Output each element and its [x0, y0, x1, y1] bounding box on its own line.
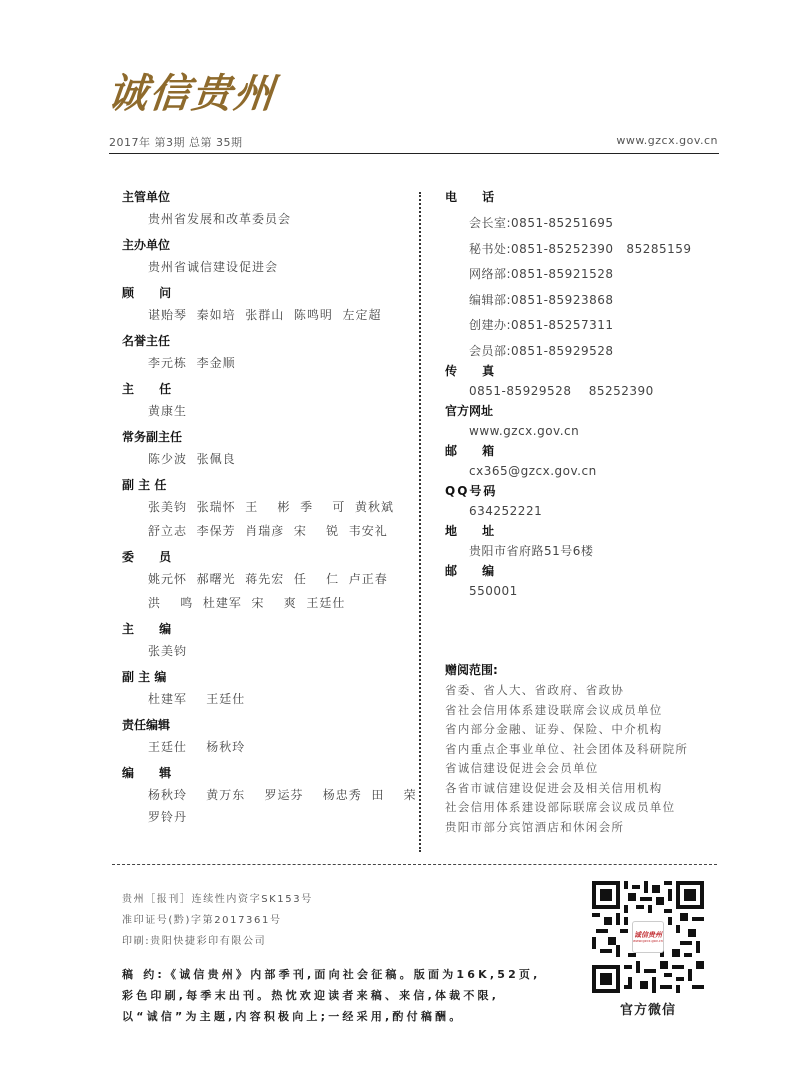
distribution-item: 省内重点企事业单位、社会团体及科研院所 — [445, 740, 715, 760]
section-value: 王廷仕 杨秋玲 — [122, 738, 402, 756]
section-label: 主 编 — [122, 620, 402, 642]
contact-field-qq: QQ号码 634252221 — [445, 482, 725, 522]
masthead-section: 顾 问 谌贻琴 秦如培 张群山 陈鸣明 左定超 — [122, 284, 402, 324]
section-label: 责任编辑 — [122, 716, 402, 738]
masthead-section: 名誉主任 李元栋 李金顺 — [122, 332, 402, 372]
column-divider — [419, 192, 421, 852]
magazine-logo: 诚信贵州 — [105, 62, 279, 119]
phone-number: 网络部:0851-85921528 — [445, 265, 725, 291]
masthead-section: 主管单位 贵州省发展和改革委员会 — [122, 188, 402, 228]
qr-center-logo: 诚信贵州 www.gzcx.gov.cn — [632, 921, 664, 953]
section-value: 杜建军 王廷仕 — [122, 690, 402, 708]
qr-label: 官方微信 — [592, 999, 704, 1018]
field-label: QQ号码 — [445, 482, 725, 502]
section-value: 罗铃丹 — [122, 808, 402, 826]
field-value: 0851-85929528 85252390 — [445, 382, 725, 402]
section-label: 编 辑 — [122, 764, 402, 786]
field-label: 地 址 — [445, 522, 725, 542]
section-value: 贵州省诚信建设促进会 — [122, 258, 402, 276]
masthead-left: 主管单位 贵州省发展和改革委员会 主办单位 贵州省诚信建设促进会 顾 问 谌贻琴… — [122, 188, 402, 834]
website-url[interactable]: www.gzcx.gov.cn — [616, 134, 718, 147]
section-label: 名誉主任 — [122, 332, 402, 354]
section-label: 主 任 — [122, 380, 402, 402]
field-value: 贵阳市省府路51号6楼 — [445, 542, 725, 562]
phone-number: 会员部:0851-85929528 — [445, 342, 725, 362]
masthead-section: 副 主 编 杜建军 王廷仕 — [122, 668, 402, 708]
contact-field-website: 官方网址 www.gzcx.gov.cn — [445, 402, 725, 442]
section-value: 杨秋玲 黄万东 罗运芬 杨忠秀 田 荣 — [122, 786, 402, 804]
qr-code[interactable]: 诚信贵州 www.gzcx.gov.cn — [592, 881, 704, 993]
publication-info: 贵州［报刊］连续性内资字SK153号 准印证号(黔)字第2017361号 印刷:… — [122, 889, 313, 952]
printer: 印刷:贵阳快捷彩印有限公司 — [122, 931, 313, 952]
email-link[interactable]: cx365@gzcx.gov.cn — [445, 462, 725, 482]
website-link[interactable]: www.gzcx.gov.cn — [445, 422, 725, 442]
distribution-title: 赠阅范围: — [445, 661, 715, 679]
section-label: 顾 问 — [122, 284, 402, 306]
issue-info: 2017年 第3期 总第 35期 — [109, 134, 242, 150]
distribution-item: 贵阳市部分宾馆酒店和休闲会所 — [445, 818, 715, 838]
field-value: 634252221 — [445, 502, 725, 522]
contact-field-address: 地 址 贵阳市省府路51号6楼 — [445, 522, 725, 562]
contact-info: 电 话 会长室:0851-85251695 秘书处:0851-85252390 … — [445, 188, 725, 602]
section-value: 李元栋 李金顺 — [122, 354, 402, 372]
section-value: 陈少波 张佩良 — [122, 450, 402, 468]
contact-field-postcode: 邮 编 550001 — [445, 562, 725, 602]
field-value: 550001 — [445, 582, 725, 602]
phone-number: 秘书处:0851-85252390 85285159 — [445, 240, 725, 266]
phone-label: 电 话 — [445, 188, 725, 214]
section-label: 常务副主任 — [122, 428, 402, 450]
qr-logo-text: 诚信贵州 — [634, 931, 662, 939]
distribution-item: 省社会信用体系建设联席会议成员单位 — [445, 701, 715, 721]
section-value: 黄康生 — [122, 402, 402, 420]
contact-field-fax: 传 真 0851-85929528 85252390 — [445, 362, 725, 402]
section-label: 主管单位 — [122, 188, 402, 210]
field-label: 传 真 — [445, 362, 725, 382]
distribution-item: 社会信用体系建设部际联席会议成员单位 — [445, 798, 715, 818]
distribution-item: 省诚信建设促进会会员单位 — [445, 759, 715, 779]
section-label: 副 主 任 — [122, 476, 402, 498]
notice-line: 稿 约:《诚信贵州》内部季刊,面向社会征稿。版面为16K,52页, — [122, 964, 530, 985]
phone-number: 编辑部:0851-85923868 — [445, 291, 725, 317]
notice-line: 以“诚信”为主题,内容积极向上;一经采用,酌付稿酬。 — [122, 1006, 530, 1027]
masthead-section: 主 编 张美钧 — [122, 620, 402, 660]
masthead-section: 主 任 黄康生 — [122, 380, 402, 420]
section-value: 姚元怀 郝曙光 蒋先宏 任 仁 卢正春 — [122, 570, 402, 588]
field-label: 邮 箱 — [445, 442, 725, 462]
masthead-section: 主办单位 贵州省诚信建设促进会 — [122, 236, 402, 276]
notice-line: 彩色印刷,每季末出刊。热忱欢迎读者来稿、来信,体裁不限, — [122, 985, 530, 1006]
print-permit: 准印证号(黔)字第2017361号 — [122, 910, 313, 931]
distribution-item: 各省市诚信建设促进会及相关信用机构 — [445, 779, 715, 799]
submission-notice: 稿 约:《诚信贵州》内部季刊,面向社会征稿。版面为16K,52页, 彩色印刷,每… — [122, 964, 530, 1027]
section-label: 主办单位 — [122, 236, 402, 258]
masthead-section: 责任编辑 王廷仕 杨秋玲 — [122, 716, 402, 756]
phone-number: 会长室:0851-85251695 — [445, 214, 725, 240]
registration-number: 贵州［报刊］连续性内资字SK153号 — [122, 889, 313, 910]
phone-number: 创建办:0851-85257311 — [445, 316, 725, 342]
masthead-section: 编 辑 杨秋玲 黄万东 罗运芬 杨忠秀 田 荣 罗铃丹 — [122, 764, 402, 826]
section-value: 贵州省发展和改革委员会 — [122, 210, 402, 228]
field-label: 官方网址 — [445, 402, 725, 422]
field-label: 邮 编 — [445, 562, 725, 582]
distribution-item: 省委、省人大、省政府、省政协 — [445, 681, 715, 701]
distribution-scope: 赠阅范围: 省委、省人大、省政府、省政协 省社会信用体系建设联席会议成员单位 省… — [445, 661, 715, 837]
footer-divider — [112, 864, 717, 865]
section-label: 副 主 编 — [122, 668, 402, 690]
section-value: 谌贻琴 秦如培 张群山 陈鸣明 左定超 — [122, 306, 402, 324]
section-value: 洪 鸣 杜建军 宋 爽 王廷仕 — [122, 594, 402, 612]
section-value: 张美钧 张瑞怀 王 彬 季 可 黄秋斌 — [122, 498, 402, 516]
contact-field-email: 邮 箱 cx365@gzcx.gov.cn — [445, 442, 725, 482]
distribution-item: 省内部分金融、证券、保险、中介机构 — [445, 720, 715, 740]
section-value: 舒立志 李保芳 肖瑞彦 宋 锐 韦安礼 — [122, 522, 402, 540]
masthead-section: 副 主 任 张美钧 张瑞怀 王 彬 季 可 黄秋斌 舒立志 李保芳 肖瑞彦 宋 … — [122, 476, 402, 540]
section-label: 委 员 — [122, 548, 402, 570]
masthead-section: 常务副主任 陈少波 张佩良 — [122, 428, 402, 468]
qr-logo-url: www.gzcx.gov.cn — [633, 939, 663, 943]
section-value: 张美钧 — [122, 642, 402, 660]
masthead-section: 委 员 姚元怀 郝曙光 蒋先宏 任 仁 卢正春 洪 鸣 杜建军 宋 爽 王廷仕 — [122, 548, 402, 612]
header-divider — [109, 153, 719, 154]
wechat-qr-block: 诚信贵州 www.gzcx.gov.cn 官方微信 — [592, 881, 704, 1018]
